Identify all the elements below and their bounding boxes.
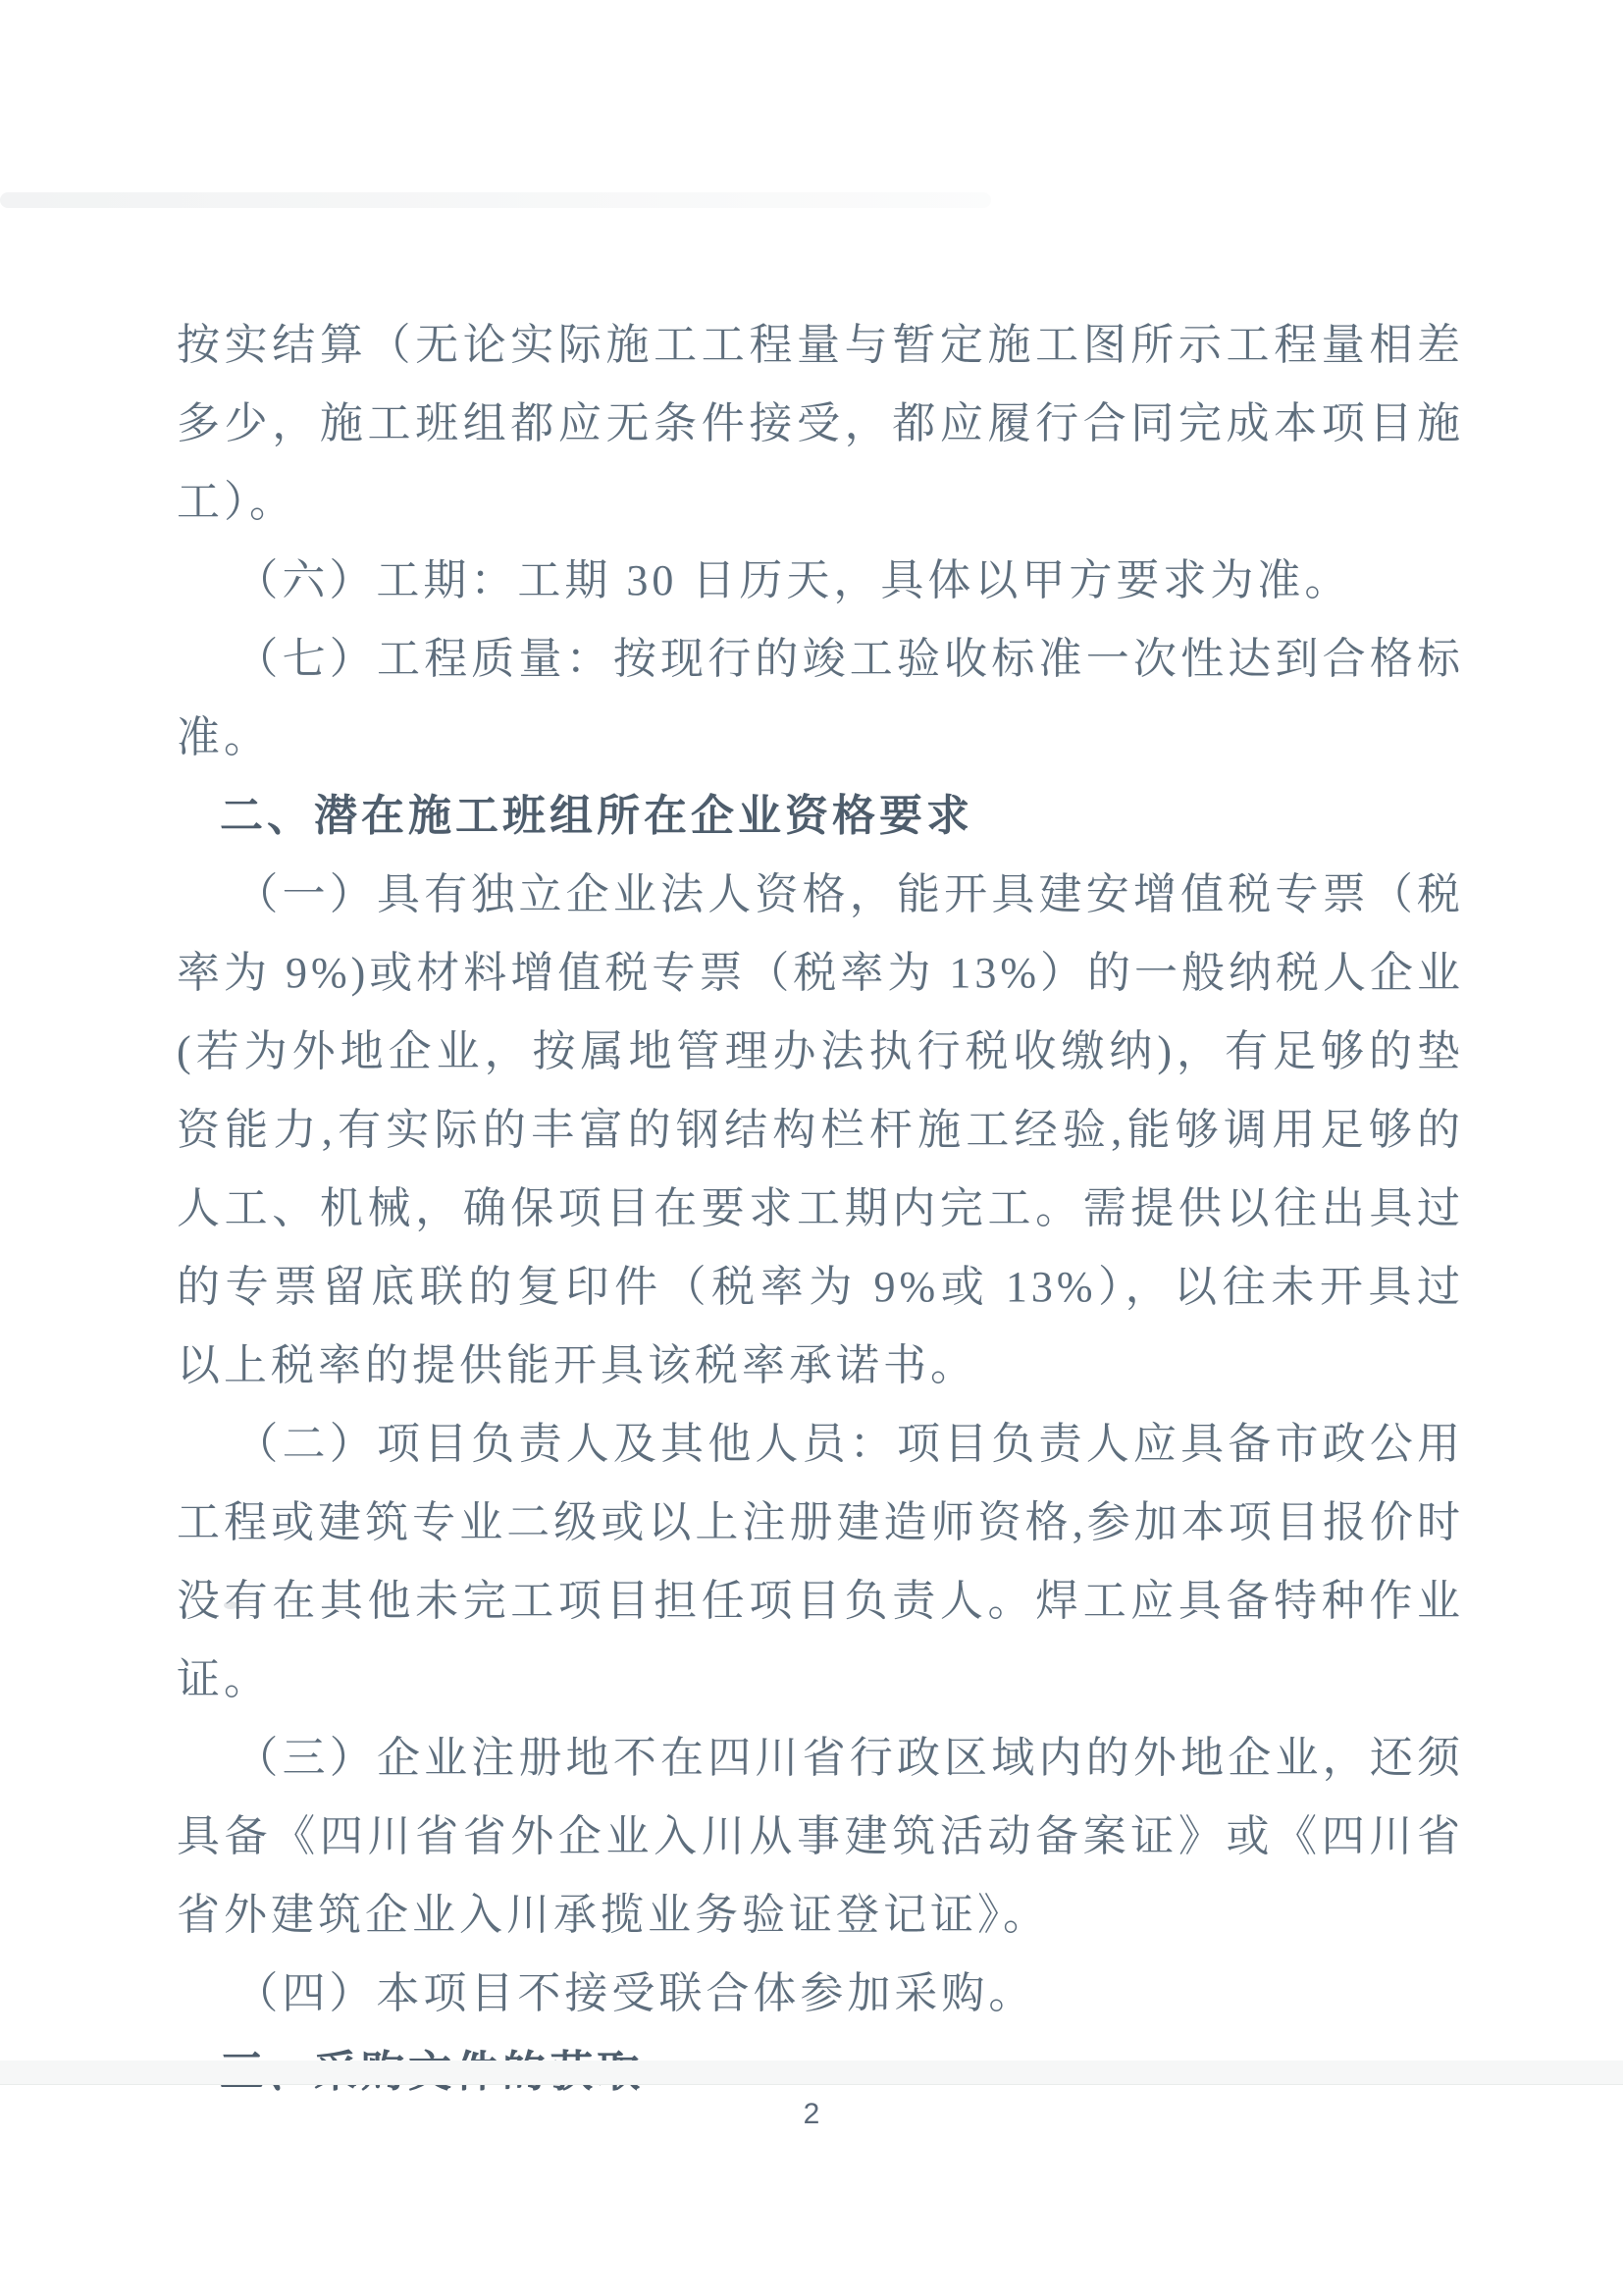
paragraph-item-3: （三）企业注册地不在四川省行政区域内的外地企业，还须具备《四川省省外企业入川从事… [177,1719,1464,1955]
paragraph-item-7: （七）工程质量：按现行的竣工验收标准一次性达到合格标准。 [177,620,1464,777]
paragraph-item-4: （四）本项目不接受联合体参加采购。 [177,1955,1464,2033]
scan-artifact-smudge [224,1601,237,1609]
paragraph-item-1: （一）具有独立企业法人资格，能开具建安增值税专票（税率为 9%)或材料增值税专票… [177,856,1464,1405]
section-heading-2: 二、潜在施工班组所在企业资格要求 [177,777,1464,856]
paragraph-item-2: （二）项目负责人及其他人员：项目负责人应具备市政公用工程或建筑专业二级或以上注册… [177,1405,1464,1719]
scan-artifact-top-band [0,192,991,208]
scan-artifact-bottom-band [0,2061,1623,2085]
paragraph-item-6: （六）工期：工期 30 日历天，具体以甲方要求为准。 [177,542,1464,620]
paragraph-continuation: 按实结算（无论实际施工工程量与暂定施工图所示工程量相差多少，施工班组都应无条件接… [177,306,1464,542]
page-number: 2 [0,2098,1623,2131]
document-body: 按实结算（无论实际施工工程量与暂定施工图所示工程量相差多少，施工班组都应无条件接… [177,306,1464,2112]
document-page: 按实结算（无论实际施工工程量与暂定施工图所示工程量相差多少，施工班组都应无条件接… [0,0,1623,2296]
